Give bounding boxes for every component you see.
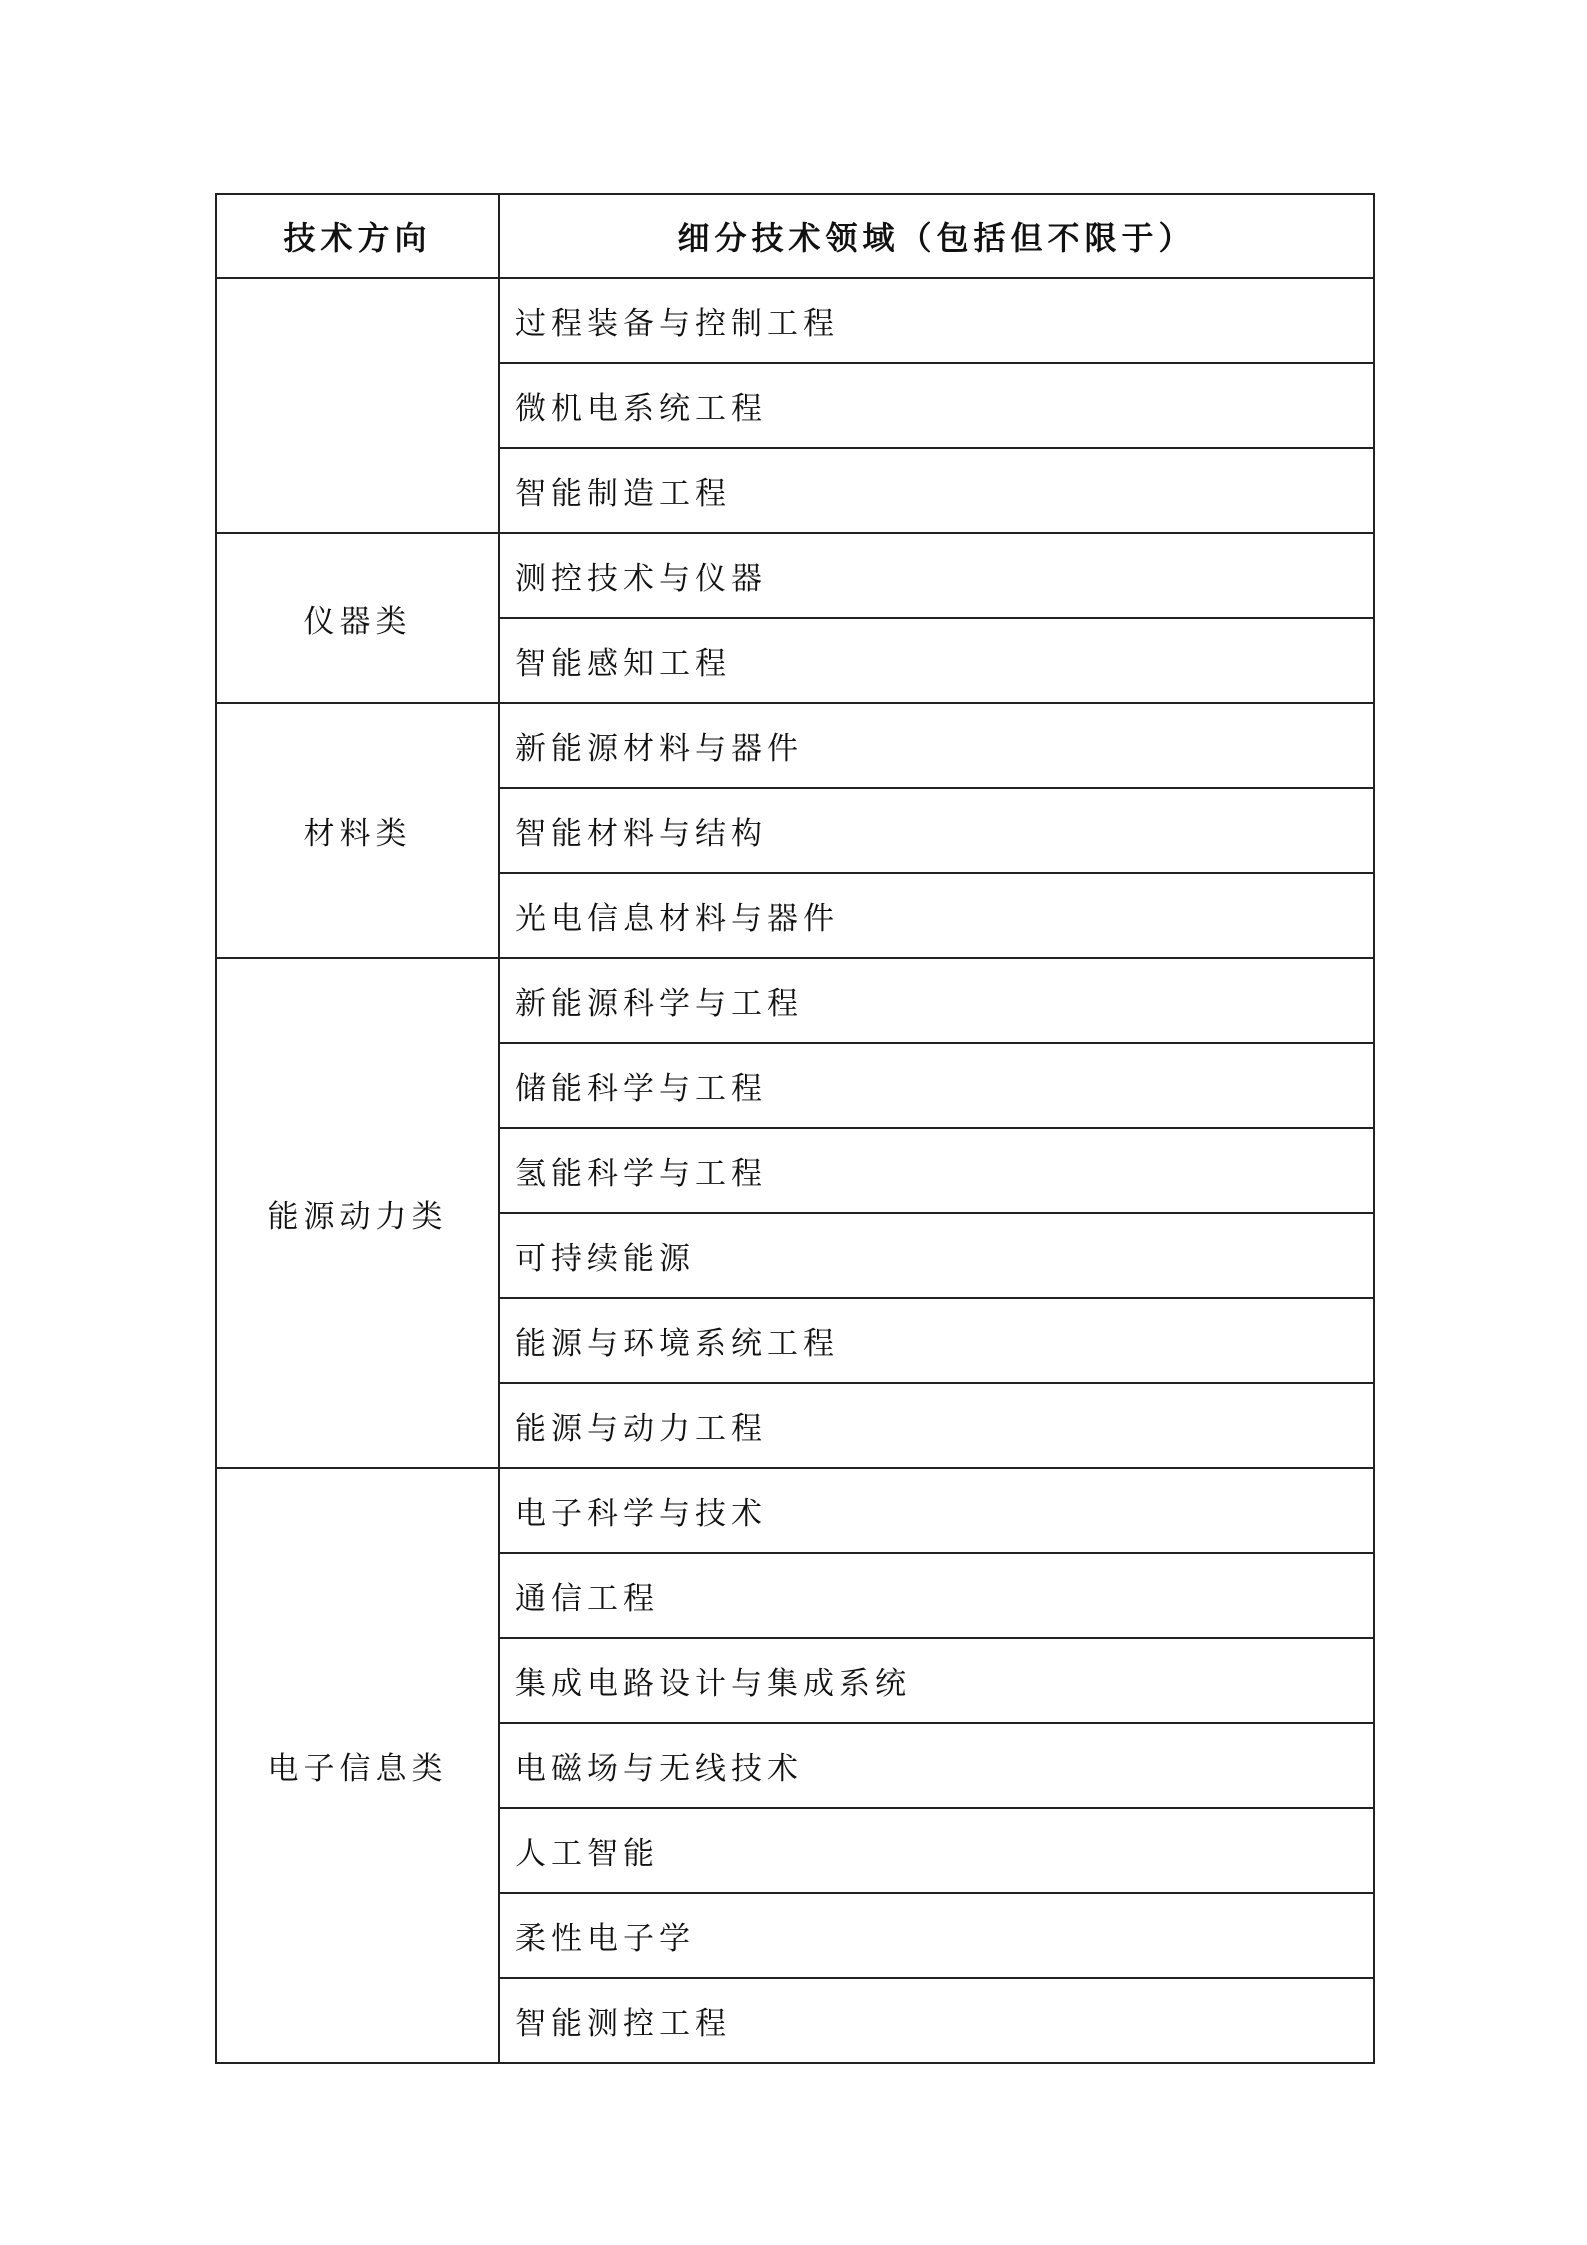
sub-field-cell: 能源与动力工程	[499, 1383, 1374, 1468]
tech-direction-cell: 材料类	[216, 703, 499, 958]
table-row: 仪器类测控技术与仪器	[216, 533, 1374, 618]
sub-field-cell: 电子科学与技术	[499, 1468, 1374, 1553]
sub-field-cell: 通信工程	[499, 1553, 1374, 1638]
table-row: 能源动力类新能源科学与工程	[216, 958, 1374, 1043]
sub-field-cell: 新能源材料与器件	[499, 703, 1374, 788]
sub-field-cell: 能源与环境系统工程	[499, 1298, 1374, 1383]
tech-direction-cell: 能源动力类	[216, 958, 499, 1468]
header-tech-direction: 技术方向	[216, 194, 499, 278]
table-body: 过程装备与控制工程微机电系统工程智能制造工程仪器类测控技术与仪器智能感知工程材料…	[216, 278, 1374, 2063]
sub-field-cell: 测控技术与仪器	[499, 533, 1374, 618]
table-row: 电子信息类电子科学与技术	[216, 1468, 1374, 1553]
sub-field-cell: 人工智能	[499, 1808, 1374, 1893]
table-header-row: 技术方向 细分技术领域（包括但不限于）	[216, 194, 1374, 278]
sub-field-cell: 可持续能源	[499, 1213, 1374, 1298]
sub-field-cell: 柔性电子学	[499, 1893, 1374, 1978]
sub-field-cell: 智能制造工程	[499, 448, 1374, 533]
table-row: 材料类新能源材料与器件	[216, 703, 1374, 788]
tech-direction-cell	[216, 278, 499, 533]
sub-field-cell: 储能科学与工程	[499, 1043, 1374, 1128]
sub-field-cell: 光电信息材料与器件	[499, 873, 1374, 958]
sub-field-cell: 电磁场与无线技术	[499, 1723, 1374, 1808]
table-row: 过程装备与控制工程	[216, 278, 1374, 363]
sub-field-cell: 智能测控工程	[499, 1978, 1374, 2063]
sub-field-cell: 氢能科学与工程	[499, 1128, 1374, 1213]
sub-field-cell: 智能感知工程	[499, 618, 1374, 703]
sub-field-cell: 微机电系统工程	[499, 363, 1374, 448]
tech-direction-cell: 仪器类	[216, 533, 499, 703]
sub-field-cell: 智能材料与结构	[499, 788, 1374, 873]
tech-field-table: 技术方向 细分技术领域（包括但不限于） 过程装备与控制工程微机电系统工程智能制造…	[215, 193, 1375, 2064]
sub-field-cell: 集成电路设计与集成系统	[499, 1638, 1374, 1723]
tech-direction-cell: 电子信息类	[216, 1468, 499, 2063]
header-sub-fields: 细分技术领域（包括但不限于）	[499, 194, 1374, 278]
sub-field-cell: 过程装备与控制工程	[499, 278, 1374, 363]
sub-field-cell: 新能源科学与工程	[499, 958, 1374, 1043]
